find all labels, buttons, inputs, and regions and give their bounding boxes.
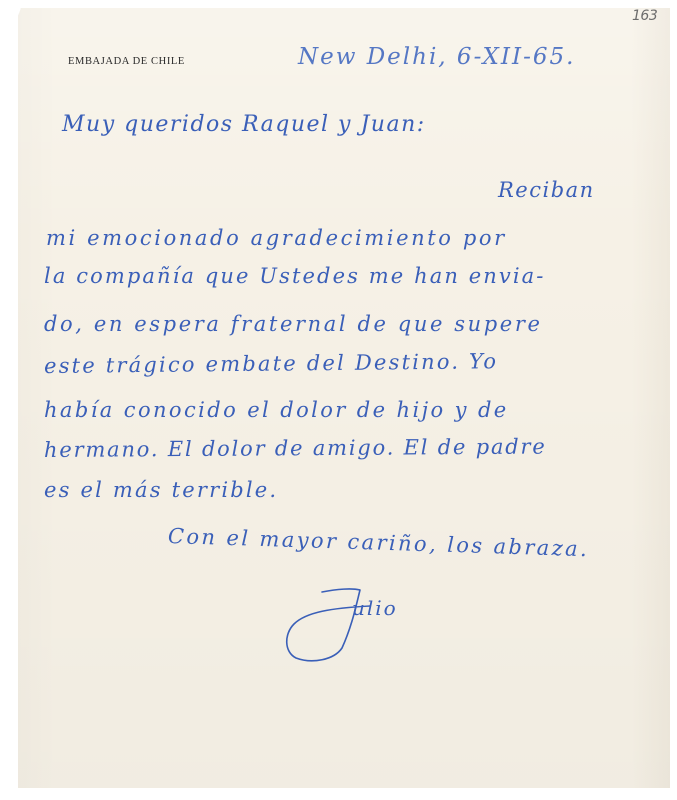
body-line: Reciban	[498, 178, 595, 202]
signature-text: ulio	[352, 596, 398, 620]
archive-page-number: 163	[632, 8, 657, 24]
letterhead: EMBAJADA DE CHILE	[68, 56, 185, 67]
body-line: este trágico embate del Destino. Yo	[44, 349, 498, 378]
body-line: había conocido el dolor de hijo y de	[44, 398, 509, 422]
body-line: mi emocionado agradecimiento por	[46, 226, 507, 250]
body-line: es el más terrible.	[44, 478, 278, 502]
place-date: New Delhi, 6-XII-65.	[298, 44, 575, 70]
body-line: do, en espera fraternal de que supere	[44, 312, 543, 336]
body-line: hermano. El dolor de amigo. El de padre	[44, 434, 547, 462]
signature: ulio	[282, 586, 462, 666]
body-line: la compañía que Ustedes me han envia-	[44, 264, 545, 288]
salutation: Muy queridos Raquel y Juan:	[62, 112, 426, 137]
